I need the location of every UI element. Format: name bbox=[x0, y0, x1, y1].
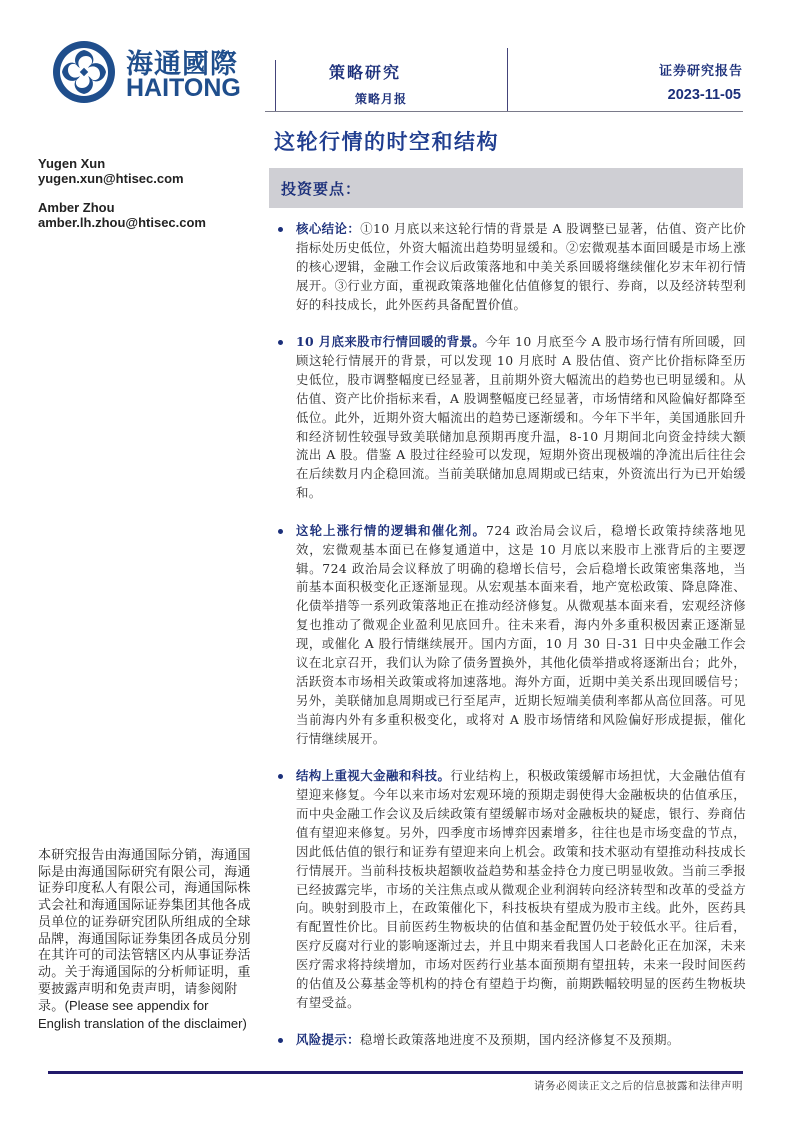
key-point-item: 风险提示：稳增长政策落地进度不及预期，国内经济修复不及预期。 bbox=[276, 1031, 746, 1050]
bullet-icon bbox=[278, 227, 283, 232]
key-point-item: 这轮上涨行情的逻辑和催化剂。724 政治局会议后，稳增长政策持续落地见效，宏微观… bbox=[276, 522, 746, 749]
report-subcategory: 策略月报 bbox=[355, 90, 407, 107]
key-point-item: 10 月底来股市行情回暖的背景。今年 10 月底至今 A 股市场行情有所回暖，回… bbox=[276, 333, 746, 503]
distribution-disclaimer: 本研究报告由海通国际分销，海通国际是由海通国际研究有限公司，海通证券印度私人有限… bbox=[38, 848, 254, 1034]
disclaimer-en: (Please see appendix for English transla… bbox=[38, 998, 247, 1031]
header-divider-middle bbox=[507, 48, 508, 111]
author-email[interactable]: amber.lh.zhou@htisec.com bbox=[38, 215, 206, 230]
haitong-logo-icon bbox=[52, 40, 116, 104]
footer-notice: 请务必阅读正文之后的信息披露和法律声明 bbox=[534, 1078, 743, 1093]
bullet-icon bbox=[278, 529, 283, 534]
key-point-lead: 10 月底来股市行情回暖的背景。 bbox=[296, 334, 485, 349]
key-point-item: 核心结论：①10 月底以来这轮行情的背景是 A 股调整已显著，估值、资产比价指标… bbox=[276, 220, 746, 315]
author-list: Yugen Xun yugen.xun@htisec.com Amber Zho… bbox=[38, 156, 206, 230]
section-heading: 投资要点： bbox=[281, 178, 361, 199]
bullet-icon bbox=[278, 774, 283, 779]
key-point-lead: 这轮上涨行情的逻辑和催化剂。 bbox=[296, 523, 486, 538]
bullet-icon bbox=[278, 1038, 283, 1043]
report-category: 策略研究 bbox=[329, 60, 401, 83]
key-point-body: 今年 10 月底至今 A 股市场行情有所回暖，回顾这轮行情展开的背景，可以发现 … bbox=[296, 334, 746, 500]
disclaimer-cn: 本研究报告由海通国际分销，海通国际是由海通国际研究有限公司，海通证券印度私人有限… bbox=[38, 848, 251, 1014]
report-header: 策略研究 策略月报 证券研究报告 2023-11-05 bbox=[265, 48, 743, 112]
section-heading-bar: 投资要点： bbox=[269, 168, 743, 208]
key-point-lead: 风险提示： bbox=[296, 1032, 360, 1047]
key-point-lead: 结构上重视大金融和科技。 bbox=[296, 768, 450, 783]
key-point-body: 行业结构上，积极政策缓解市场担忧，大金融估值有望迎来修复。今年以来市场对宏观环境… bbox=[296, 768, 746, 1010]
key-points-list: 核心结论：①10 月底以来这轮行情的背景是 A 股调整已显著，估值、资产比价指标… bbox=[276, 220, 746, 1069]
haitong-logo: 海通國際 HAITONG bbox=[52, 40, 252, 108]
logo-text-en: HAITONG bbox=[126, 74, 241, 103]
report-date: 2023-11-05 bbox=[668, 87, 741, 103]
key-point-lead: 核心结论： bbox=[296, 221, 360, 236]
report-type: 证券研究报告 bbox=[659, 60, 743, 79]
key-point-body: 稳增长政策落地进度不及预期，国内经济修复不及预期。 bbox=[360, 1032, 680, 1047]
author-name: Yugen Xun bbox=[38, 156, 206, 171]
page-title: 这轮行情的时空和结构 bbox=[274, 126, 499, 156]
key-point-body: 724 政治局会议后，稳增长政策持续落地见效，宏微观基本面已在修复通道中，这是 … bbox=[296, 523, 746, 746]
bullet-icon bbox=[278, 340, 283, 345]
key-point-body: ①10 月底以来这轮行情的背景是 A 股调整已显著，估值、资产比价指标处历史低位… bbox=[296, 221, 746, 312]
footer-divider bbox=[48, 1071, 743, 1074]
author-email[interactable]: yugen.xun@htisec.com bbox=[38, 171, 206, 186]
header-divider-left bbox=[275, 60, 276, 111]
key-point-item: 结构上重视大金融和科技。行业结构上，积极政策缓解市场担忧，大金融估值有望迎来修复… bbox=[276, 767, 746, 1013]
author-name: Amber Zhou bbox=[38, 200, 206, 215]
